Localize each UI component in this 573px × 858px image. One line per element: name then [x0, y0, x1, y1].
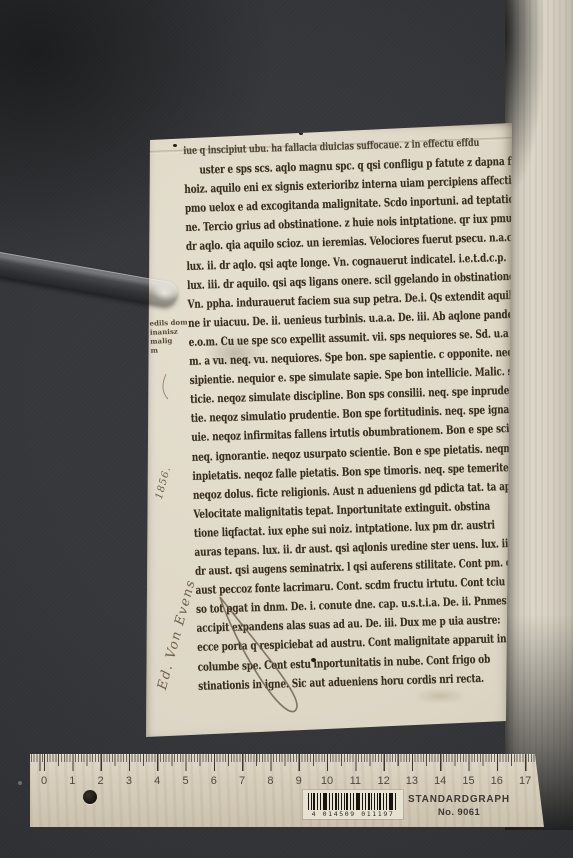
ruler-number: 8 [267, 775, 273, 787]
ruler-number: 15 [462, 775, 474, 787]
ruler-number: 4 [154, 775, 160, 787]
year-inscription: 1856. [149, 443, 179, 523]
ruler-number: 2 [98, 775, 104, 787]
margin-note: edils dominaniszmaligm [149, 317, 192, 354]
ruler-number: 12 [377, 775, 389, 787]
ink-speck [299, 132, 303, 135]
ruler-number: 13 [406, 775, 418, 787]
ruler-number: 11 [350, 775, 361, 787]
ruler-number: 17 [519, 775, 531, 787]
ink-speck [173, 144, 177, 147]
margin-note-line: m [150, 344, 192, 354]
ruler-number: 7 [239, 775, 245, 787]
ruler-hole [83, 790, 97, 804]
ruler-model-label: No. 9061 [378, 807, 540, 818]
photograph-stage: iue q inscipiut ubu. ha fallacia diuicia… [0, 0, 573, 858]
ruler-number: 9 [296, 775, 302, 787]
ruler: 01234567891011121314151617 4 014509 0111… [30, 754, 544, 827]
ruler-number: 3 [126, 775, 132, 787]
ruler-number: 0 [41, 775, 47, 787]
ruler-number: 10 [321, 775, 333, 787]
ruler-number: 5 [182, 775, 188, 787]
ruler-number: 6 [211, 775, 217, 787]
centimeter-ticks [30, 754, 544, 771]
ruler-number: 1 [69, 775, 75, 787]
ruler-number: 16 [491, 775, 503, 787]
parchment-stain [225, 121, 271, 136]
ruler-number: 14 [434, 775, 446, 787]
book-fore-edge [505, 0, 573, 830]
dust-speck [18, 781, 22, 785]
ruler-brand-label: STANDARDGRAPH [378, 794, 540, 805]
manuscript-text-block: iue q inscipiut ubu. ha fallacia diuicia… [183, 132, 542, 695]
manuscript-page: iue q inscipiut ubu. ha fallacia diuicia… [0, 0, 573, 858]
